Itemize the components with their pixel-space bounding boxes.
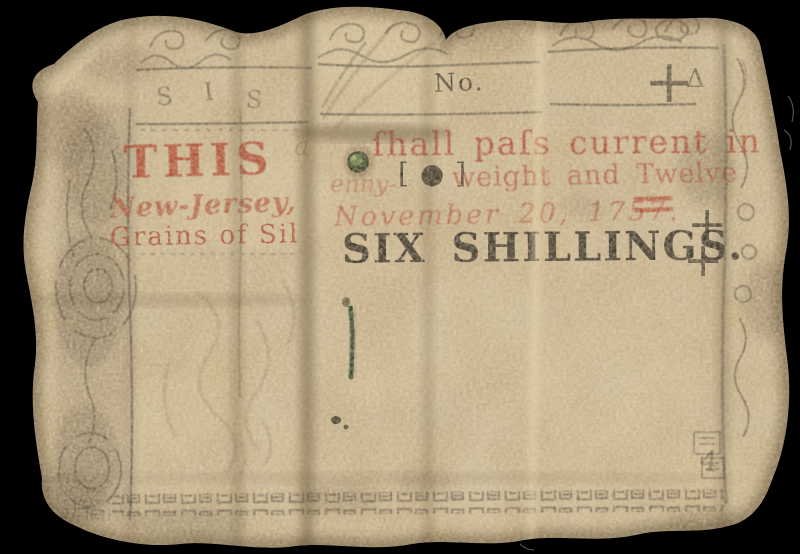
weight-and-twelve-text: weight and Twelve — [452, 160, 739, 192]
place-name-text: New-Jersey, — [110, 189, 297, 222]
registration-cross-icon: + — [683, 236, 723, 284]
faded-letter-fragment: a — [294, 134, 310, 160]
grains-of-silver-text: Grains of Sil — [110, 221, 300, 250]
pass-current-text: ſhall paſs current in — [372, 124, 762, 160]
serial-number-label: No. — [434, 69, 485, 96]
top-text-fragment-right: S — [245, 87, 263, 112]
triangle-mark-icon: Δ — [686, 66, 705, 92]
title-word-this: THIS — [123, 136, 274, 185]
currency-note-photo: S I S No. + Δ THIS New-Jersey, Grains of… — [0, 0, 800, 554]
top-text-fragment-left: S I — [155, 78, 227, 109]
pennyweight-fragment: enny- — [330, 172, 397, 196]
